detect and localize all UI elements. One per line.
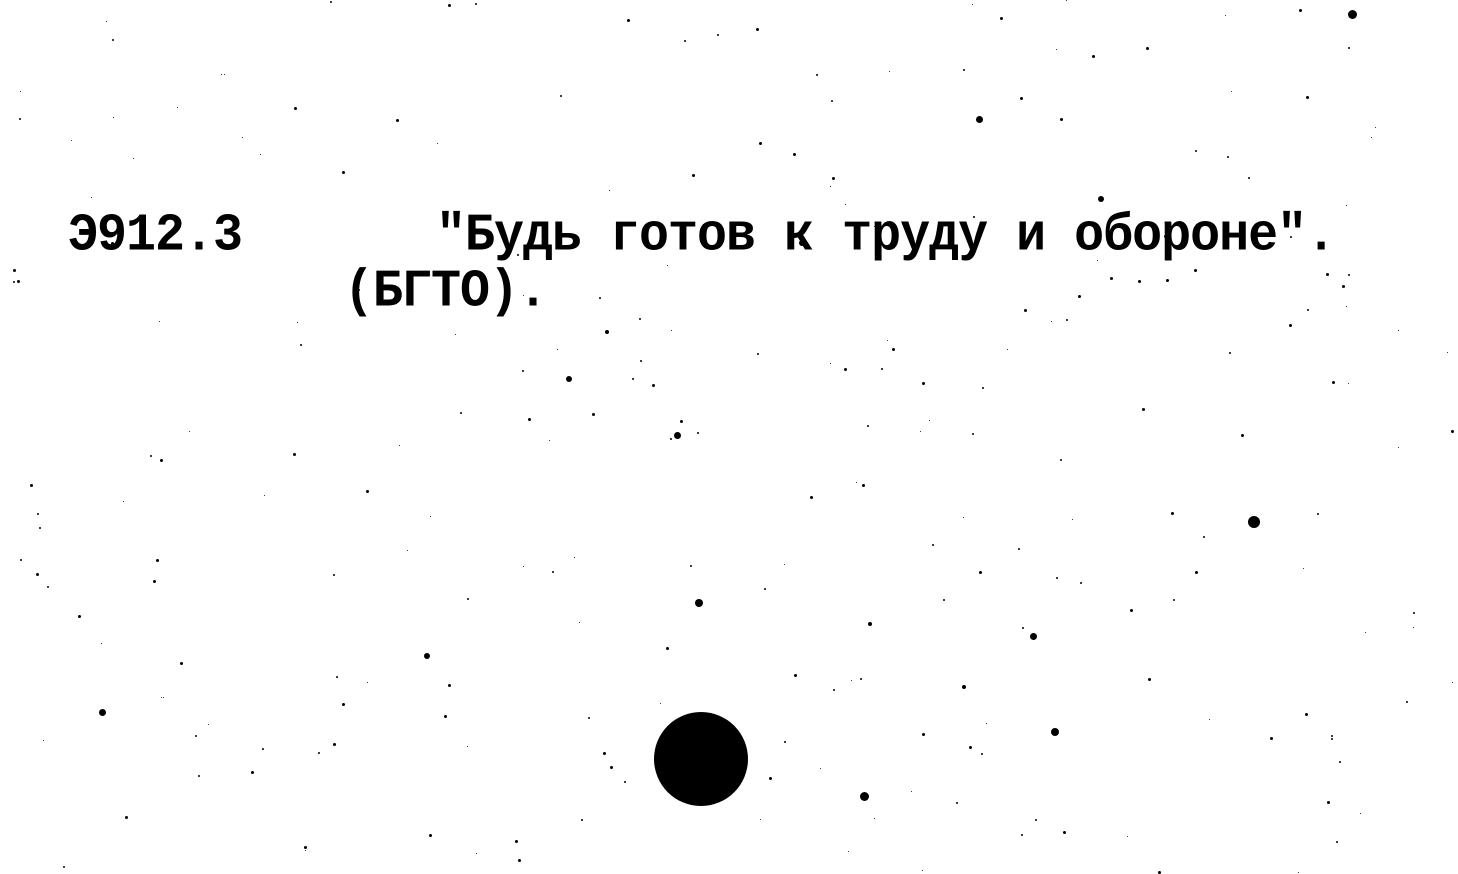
noise-speck	[860, 792, 869, 801]
noise-speck	[1056, 577, 1058, 579]
noise-speck	[1451, 430, 1454, 433]
noise-speck	[336, 676, 338, 678]
noise-speck	[1020, 97, 1023, 100]
noise-speck	[1024, 309, 1027, 312]
noise-speck	[1317, 513, 1319, 515]
noise-speck	[407, 550, 408, 551]
noise-speck	[1307, 309, 1309, 311]
noise-speck	[976, 116, 983, 123]
noise-speck	[399, 445, 400, 446]
noise-speck	[198, 775, 200, 777]
noise-speck	[963, 69, 965, 71]
noise-speck	[830, 363, 831, 364]
noise-speck	[1413, 612, 1415, 614]
noise-speck	[260, 154, 261, 155]
noise-speck	[262, 748, 264, 750]
noise-speck	[467, 746, 468, 747]
noise-speck	[881, 368, 883, 370]
noise-speck	[1336, 841, 1338, 843]
punch-hole-icon	[654, 712, 748, 806]
noise-speck	[1000, 17, 1003, 20]
noise-speck	[99, 709, 106, 716]
noise-speck	[851, 680, 852, 681]
noise-speck	[1248, 177, 1250, 179]
noise-speck	[1248, 516, 1260, 528]
noise-speck	[799, 240, 805, 246]
noise-speck	[1290, 236, 1292, 238]
noise-speck	[189, 431, 190, 432]
noise-speck	[1098, 196, 1104, 202]
noise-speck	[333, 743, 336, 746]
noise-speck	[1066, 319, 1068, 321]
noise-speck	[523, 295, 524, 296]
noise-speck	[333, 574, 335, 576]
noise-speck	[674, 432, 681, 439]
noise-speck	[981, 753, 983, 755]
noise-speck	[160, 459, 163, 462]
noise-speck	[159, 321, 160, 322]
noise-speck	[874, 226, 875, 227]
noise-speck	[640, 360, 642, 362]
noise-speck	[793, 153, 796, 156]
noise-speck	[1138, 280, 1141, 283]
noise-speck	[1146, 47, 1149, 50]
noise-speck	[632, 378, 634, 380]
noise-speck	[150, 455, 152, 457]
noise-speck	[153, 580, 156, 583]
noise-speck	[588, 717, 590, 719]
noise-speck	[163, 697, 164, 698]
noise-speck	[794, 674, 797, 677]
noise-speck	[1066, 0, 1067, 1]
noise-speck	[624, 781, 626, 783]
noise-speck	[1305, 713, 1308, 716]
noise-speck	[455, 334, 456, 335]
noise-speck	[123, 501, 124, 502]
noise-speck	[717, 34, 719, 36]
noise-speck	[549, 440, 550, 441]
noise-speck	[1110, 277, 1113, 280]
noise-speck	[697, 432, 699, 434]
noise-speck	[973, 216, 975, 218]
noise-speck	[1060, 459, 1062, 461]
title-line-1: "Будь готов к труду и обороне".	[436, 211, 1335, 264]
noise-speck	[844, 368, 847, 371]
noise-speck	[430, 516, 431, 517]
noise-speck	[557, 349, 558, 350]
noise-speck	[1339, 761, 1341, 763]
noise-speck	[892, 348, 895, 351]
noise-speck	[17, 280, 20, 283]
noise-speck	[943, 599, 945, 601]
noise-speck	[599, 297, 601, 299]
call-number: Э912.3	[68, 211, 242, 264]
noise-speck	[1195, 150, 1197, 152]
noise-speck	[911, 791, 912, 792]
noise-speck	[929, 420, 930, 421]
noise-speck	[1173, 599, 1175, 601]
noise-speck	[660, 703, 661, 704]
noise-speck	[1127, 836, 1128, 837]
catalog-card: Э912.3 "Будь готов к труду и обороне". (…	[0, 0, 1458, 874]
noise-speck	[112, 39, 114, 41]
noise-speck	[528, 418, 531, 421]
noise-speck	[982, 387, 984, 389]
noise-speck	[1035, 819, 1037, 821]
noise-speck	[603, 752, 606, 755]
noise-speck	[833, 689, 835, 691]
noise-speck	[920, 431, 921, 432]
noise-speck	[1021, 834, 1023, 836]
noise-speck	[868, 622, 872, 626]
noise-speck	[113, 117, 114, 118]
noise-speck	[592, 413, 595, 416]
noise-speck	[769, 777, 772, 780]
noise-speck	[1051, 321, 1052, 322]
noise-speck	[460, 412, 462, 414]
noise-speck	[342, 703, 345, 706]
noise-speck	[293, 453, 296, 456]
noise-speck	[581, 819, 583, 821]
noise-speck	[78, 615, 81, 618]
noise-speck	[1348, 274, 1350, 276]
noise-speck	[1306, 96, 1309, 99]
noise-speck	[979, 571, 982, 574]
noise-speck	[1130, 609, 1133, 612]
noise-speck	[610, 766, 613, 769]
noise-speck	[305, 850, 306, 851]
noise-speck	[560, 95, 562, 97]
noise-speck	[759, 142, 762, 145]
noise-speck	[1209, 719, 1210, 720]
noise-speck	[810, 496, 813, 499]
noise-speck	[845, 204, 846, 205]
noise-speck	[756, 28, 759, 31]
noise-speck	[1007, 349, 1008, 350]
noise-speck	[71, 140, 72, 141]
noise-speck	[684, 40, 686, 42]
noise-speck	[1229, 352, 1231, 354]
noise-speck	[820, 768, 821, 769]
noise-speck	[444, 715, 447, 718]
noise-speck	[1398, 447, 1399, 448]
noise-speck	[1022, 627, 1024, 629]
noise-speck	[1303, 568, 1304, 569]
noise-speck	[962, 685, 966, 689]
noise-speck	[518, 859, 521, 862]
noise-speck	[969, 746, 972, 749]
noise-speck	[448, 4, 451, 7]
noise-speck	[300, 344, 302, 346]
noise-speck	[1375, 127, 1376, 128]
noise-speck	[1348, 47, 1350, 49]
noise-speck	[1327, 801, 1330, 804]
noise-speck	[605, 330, 609, 334]
noise-speck	[1164, 235, 1167, 238]
noise-speck	[47, 586, 49, 588]
noise-speck	[475, 3, 477, 5]
noise-speck	[1346, 306, 1347, 307]
noise-speck	[330, 1, 332, 3]
noise-speck	[111, 242, 114, 245]
noise-speck	[1332, 381, 1335, 384]
noise-speck	[1166, 279, 1169, 282]
noise-speck	[972, 4, 973, 5]
noise-speck	[515, 840, 518, 843]
noise-speck	[1018, 548, 1020, 550]
noise-speck	[208, 724, 209, 725]
noise-speck	[963, 517, 964, 518]
noise-speck	[476, 853, 477, 854]
noise-speck	[1142, 408, 1145, 411]
noise-speck	[294, 107, 297, 110]
noise-speck	[666, 647, 669, 650]
noise-speck	[30, 484, 33, 487]
noise-speck	[1231, 91, 1232, 92]
noise-speck	[1365, 632, 1366, 633]
noise-speck	[1406, 701, 1408, 703]
noise-speck	[1195, 571, 1198, 574]
noise-speck	[358, 289, 360, 291]
noise-speck	[967, 255, 969, 257]
noise-speck	[860, 678, 862, 680]
noise-speck	[932, 544, 934, 546]
noise-speck	[757, 353, 759, 355]
noise-speck	[396, 119, 399, 122]
noise-speck	[466, 273, 467, 274]
noise-speck	[692, 174, 695, 177]
noise-speck	[1080, 582, 1082, 584]
noise-speck	[784, 741, 786, 743]
noise-speck	[1299, 9, 1302, 12]
noise-speck	[242, 137, 243, 138]
noise-speck	[91, 197, 92, 198]
noise-speck	[448, 684, 451, 687]
noise-speck	[63, 866, 65, 868]
noise-speck	[764, 588, 766, 590]
noise-speck	[1063, 831, 1066, 834]
noise-speck	[523, 566, 524, 567]
noise-speck	[862, 484, 865, 487]
noise-speck	[874, 818, 875, 819]
noise-speck	[304, 846, 307, 849]
noise-speck	[609, 190, 610, 191]
noise-speck	[816, 74, 818, 76]
noise-speck	[1289, 324, 1292, 327]
title-line-2: (БГТО).	[344, 267, 547, 320]
noise-speck	[680, 420, 683, 423]
noise-speck	[43, 740, 44, 741]
noise-speck	[1194, 269, 1197, 272]
noise-speck	[760, 819, 761, 820]
noise-speck	[1241, 434, 1244, 437]
noise-speck	[1331, 735, 1333, 737]
noise-speck	[342, 171, 345, 174]
noise-speck	[224, 74, 225, 75]
noise-speck	[429, 834, 432, 837]
noise-speck	[574, 557, 575, 558]
noise-speck	[517, 254, 519, 256]
noise-speck	[1298, 872, 1299, 873]
noise-speck	[831, 100, 833, 102]
noise-speck	[1342, 285, 1345, 288]
noise-speck	[1056, 49, 1057, 50]
noise-speck	[887, 340, 888, 341]
noise-speck	[437, 143, 438, 144]
noise-speck	[1348, 10, 1357, 19]
noise-speck	[1060, 118, 1063, 121]
noise-speck	[1447, 352, 1448, 353]
noise-speck	[1360, 813, 1361, 814]
noise-speck	[13, 269, 16, 272]
noise-speck	[1326, 273, 1329, 276]
noise-speck	[180, 662, 183, 665]
noise-speck	[161, 697, 162, 698]
noise-speck	[156, 559, 159, 562]
noise-speck	[1346, 205, 1347, 206]
noise-speck	[566, 376, 572, 382]
noise-speck	[36, 573, 39, 576]
noise-speck	[1203, 536, 1205, 538]
noise-speck	[639, 318, 641, 320]
noise-speck	[552, 571, 554, 573]
noise-speck	[922, 733, 925, 736]
noise-speck	[1148, 678, 1151, 681]
noise-speck	[39, 527, 41, 529]
noise-speck	[579, 622, 580, 623]
noise-speck	[652, 384, 655, 387]
noise-speck	[125, 816, 128, 819]
noise-speck	[195, 735, 197, 737]
noise-speck	[832, 177, 835, 180]
noise-speck	[667, 265, 668, 266]
noise-speck	[19, 118, 21, 120]
noise-speck	[106, 21, 107, 22]
noise-speck	[1270, 737, 1273, 740]
noise-speck	[1078, 295, 1081, 298]
noise-speck	[1348, 383, 1349, 384]
noise-speck	[1097, 260, 1098, 261]
noise-speck	[889, 71, 890, 72]
noise-speck	[703, 224, 704, 225]
noise-speck	[1227, 156, 1229, 158]
noise-speck	[20, 559, 22, 561]
noise-speck	[1398, 330, 1399, 331]
noise-speck	[695, 599, 703, 607]
noise-speck	[670, 438, 672, 440]
noise-speck	[1371, 137, 1372, 138]
noise-speck	[1051, 728, 1059, 736]
noise-speck	[467, 598, 469, 600]
noise-speck	[251, 771, 254, 774]
noise-speck	[221, 74, 222, 75]
noise-speck	[264, 495, 265, 496]
noise-speck	[133, 158, 134, 159]
noise-speck	[1331, 738, 1333, 740]
noise-speck	[627, 19, 630, 22]
noise-speck	[366, 490, 369, 493]
noise-speck	[297, 322, 298, 323]
noise-speck	[1092, 55, 1095, 58]
noise-speck	[1452, 682, 1453, 683]
noise-speck	[1072, 519, 1073, 520]
noise-speck	[867, 425, 869, 427]
noise-speck	[922, 382, 925, 385]
noise-speck	[13, 281, 15, 283]
noise-speck	[986, 723, 987, 724]
noise-speck	[367, 682, 368, 683]
noise-speck	[856, 482, 857, 483]
noise-speck	[1030, 633, 1037, 640]
noise-speck	[37, 513, 39, 515]
noise-speck	[101, 643, 102, 644]
noise-speck	[177, 107, 178, 108]
noise-speck	[784, 564, 785, 565]
noise-speck	[1171, 512, 1174, 515]
noise-speck	[20, 91, 21, 92]
noise-speck	[956, 802, 958, 804]
noise-speck	[848, 851, 849, 852]
noise-speck	[671, 330, 672, 331]
noise-speck	[690, 565, 692, 567]
noise-speck	[1413, 627, 1414, 628]
noise-speck	[922, 870, 923, 871]
noise-speck	[1225, 15, 1226, 16]
noise-speck	[830, 186, 831, 187]
noise-speck	[318, 752, 320, 754]
noise-speck	[424, 653, 430, 659]
noise-speck	[522, 370, 524, 372]
noise-speck	[972, 433, 974, 435]
